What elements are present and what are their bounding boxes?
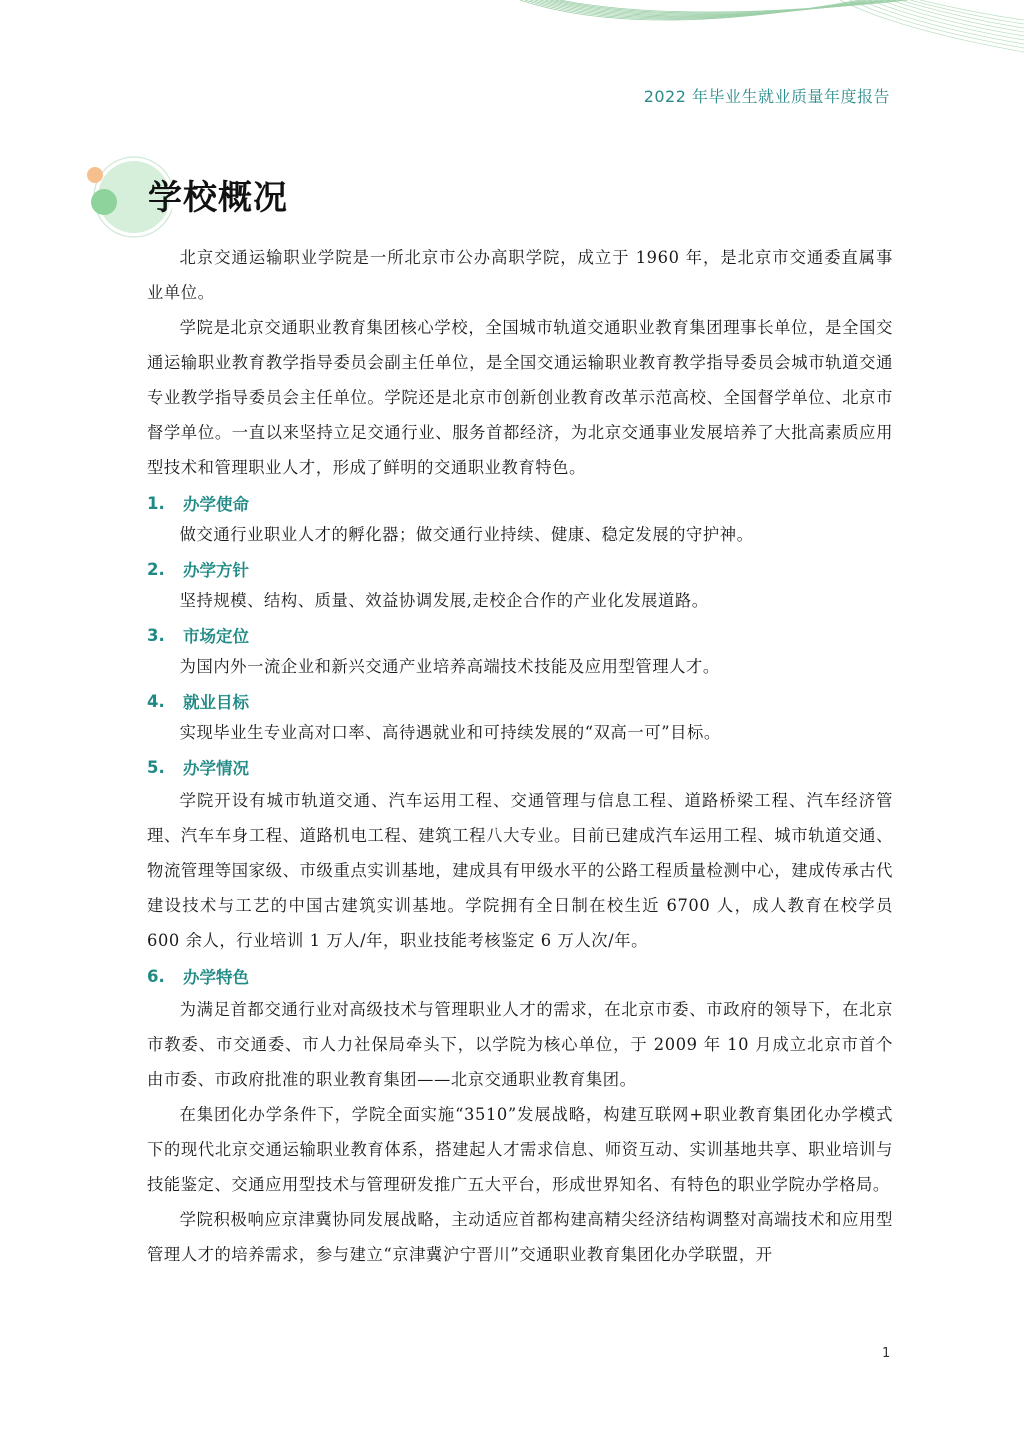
intro-paragraph: 学院是北京交通职业教育集团核心学校，全国城市轨道交通职业教育集团理事长单位，是全… bbox=[147, 310, 893, 485]
section-body: 做交通行业职业人才的孵化器；做交通行业持续、健康、稳定发展的守护神。 bbox=[147, 519, 893, 551]
section-title: 办学方针 bbox=[183, 557, 249, 581]
section-body: 坚持规模、结构、质量、效益协调发展,走校企合作的产业化发展道路。 bbox=[147, 585, 893, 617]
intro-paragraph: 北京交通运输职业学院是一所北京市公办高职学院，成立于 1960 年，是北京市交通… bbox=[147, 240, 893, 310]
section-title: 办学特色 bbox=[183, 964, 249, 988]
page-title: 学校概况 bbox=[148, 170, 288, 219]
section-paragraph: 学院开设有城市轨道交通、汽车运用工程、交通管理与信息工程、道路桥梁工程、汽车经济… bbox=[147, 783, 893, 958]
section-title: 市场定位 bbox=[183, 623, 249, 647]
section-paragraph: 为满足首都交通行业对高级技术与管理职业人才的需求，在北京市委、市政府的领导下，在… bbox=[147, 992, 893, 1097]
section-paragraph: 在集团化办学条件下，学院全面实施“3510”发展战略，构建互联网+职业教育集团化… bbox=[147, 1097, 893, 1202]
section-body: 实现毕业生专业高对口率、高待遇就业和可持续发展的“双高一可”目标。 bbox=[147, 717, 893, 749]
section-number: 1. bbox=[147, 494, 183, 513]
section-number: 4. bbox=[147, 692, 183, 711]
section-heading: 6. 办学特色 bbox=[147, 960, 893, 992]
section-title: 办学使命 bbox=[183, 491, 249, 515]
section-title: 办学情况 bbox=[183, 755, 249, 779]
decorative-wave-lines bbox=[0, 0, 1024, 60]
section-number: 5. bbox=[147, 758, 183, 777]
section-body: 为国内外一流企业和新兴交通产业培养高端技术技能及应用型管理人才。 bbox=[147, 651, 893, 683]
section-paragraph: 学院积极响应京津冀协同发展战略，主动适应首都构建高精尖经济结构调整对高端技术和应… bbox=[147, 1202, 893, 1272]
document-body: 北京交通运输职业学院是一所北京市公办高职学院，成立于 1960 年，是北京市交通… bbox=[147, 240, 893, 1272]
section-heading: 5. 办学情况 bbox=[147, 751, 893, 783]
section-heading: 2. 办学方针 bbox=[147, 553, 893, 585]
section-number: 3. bbox=[147, 626, 183, 645]
section-title: 就业目标 bbox=[183, 689, 249, 713]
section-heading: 1. 办学使命 bbox=[147, 487, 893, 519]
section-number: 6. bbox=[147, 967, 183, 986]
section-number: 2. bbox=[147, 560, 183, 579]
section-heading: 3. 市场定位 bbox=[147, 619, 893, 651]
section-heading: 4. 就业目标 bbox=[147, 685, 893, 717]
page-number: 1 bbox=[882, 1346, 890, 1361]
report-header-title: 2022 年毕业生就业质量年度报告 bbox=[644, 84, 890, 107]
